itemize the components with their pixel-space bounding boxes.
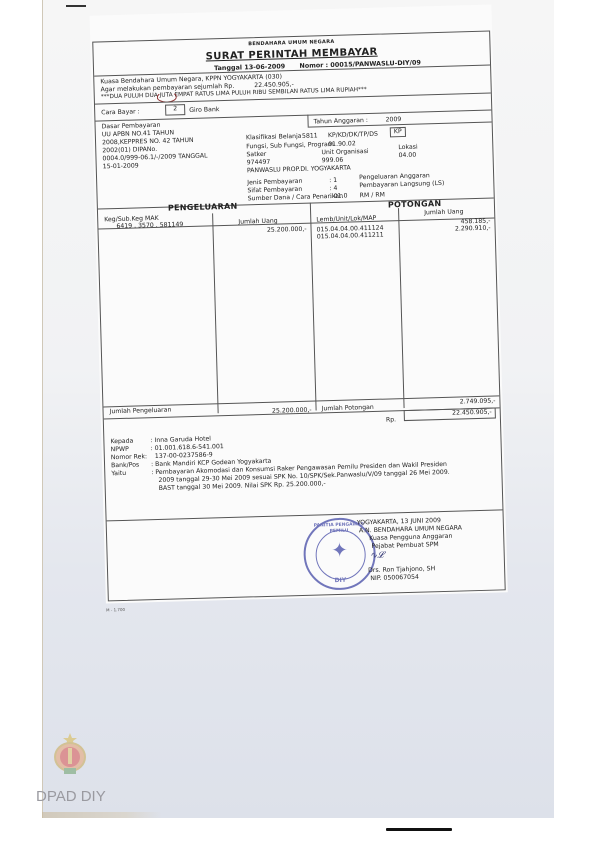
divider: [95, 110, 491, 122]
net-label: Rp.: [386, 416, 396, 424]
sumber-dana: RM / RM: [360, 192, 386, 201]
scan-mark: [66, 5, 86, 7]
divider: [307, 115, 308, 127]
spm-form: BENDAHARA UMUM NEGARA SURAT PERINTAH MEM…: [92, 31, 505, 602]
stamp-region: DIY: [306, 576, 374, 586]
unit-organisasi-label: Unit Organisasi: [321, 148, 368, 157]
sumber-dana-code: : 01.0: [330, 193, 348, 202]
page-curl: [42, 812, 162, 818]
divider: [212, 213, 219, 413]
klasifikasi-label: Klasifikasi Belanja: [246, 133, 302, 143]
divider: [310, 203, 317, 411]
dasar-line: 0004.0/999-06.1/-/2009 TANGGAL: [102, 152, 207, 163]
amount-value: 22.450.905,-: [254, 81, 294, 89]
kp-code-box: KP: [390, 127, 406, 137]
col-jumlah-potongan: Jumlah Uang: [424, 208, 464, 217]
cara-bayar-text: Giro Bank: [189, 106, 219, 115]
cara-bayar-label: Cara Bayar :: [101, 108, 140, 117]
sifat-pembayaran: Pembayaran Langsung (LS): [359, 180, 444, 190]
satker-name: PANWASLU PROP.DI. YOGYAKARTA: [247, 164, 351, 175]
page-edge: [42, 0, 43, 818]
form-code: M - 1.700: [106, 607, 125, 613]
divider: [398, 208, 405, 408]
yaitu-label: Yaitu: [111, 470, 126, 478]
watermark-text: DPAD DIY: [36, 788, 106, 805]
net-amount: 22.450.905,-: [404, 408, 496, 422]
dpad-diy-emblem-icon: [52, 732, 88, 778]
pengeluaran-title: PENGELUARAN: [168, 202, 238, 214]
divider: [107, 509, 503, 521]
total-pengeluaran-label: Jumlah Pengeluaran: [109, 407, 171, 417]
spm-document: BENDAHARA UMUM NEGARA SURAT PERINTAH MEM…: [90, 4, 508, 603]
handwritten-signature: ∿𝓛: [370, 551, 384, 563]
signature-line3: Pejabat Pembuat SPM: [371, 541, 439, 551]
scan-mark-bottom: [386, 828, 452, 831]
lokasi-value: 04.00: [398, 152, 416, 161]
potongan-amount: 2.290.910,-: [405, 225, 491, 235]
potongan-akun: 015.04.04.00.411211: [317, 232, 384, 242]
cara-bayar-code: 2: [165, 104, 185, 116]
dasar-line: 15-01-2009: [103, 162, 139, 171]
pengeluaran-amount: 25.200.000,-: [218, 226, 306, 237]
klasifikasi-value: 5811: [302, 132, 318, 140]
total-potongan: 2.749.095,-: [409, 398, 495, 408]
garuda-emblem-icon: ✦: [305, 539, 374, 561]
kp-codes-label: KP/KD/DK/TP/DS: [328, 131, 378, 140]
kegiatan-code: 6419 . 3570 . 581149: [116, 221, 183, 231]
signer-nip: NIP. 050067054: [370, 574, 419, 583]
